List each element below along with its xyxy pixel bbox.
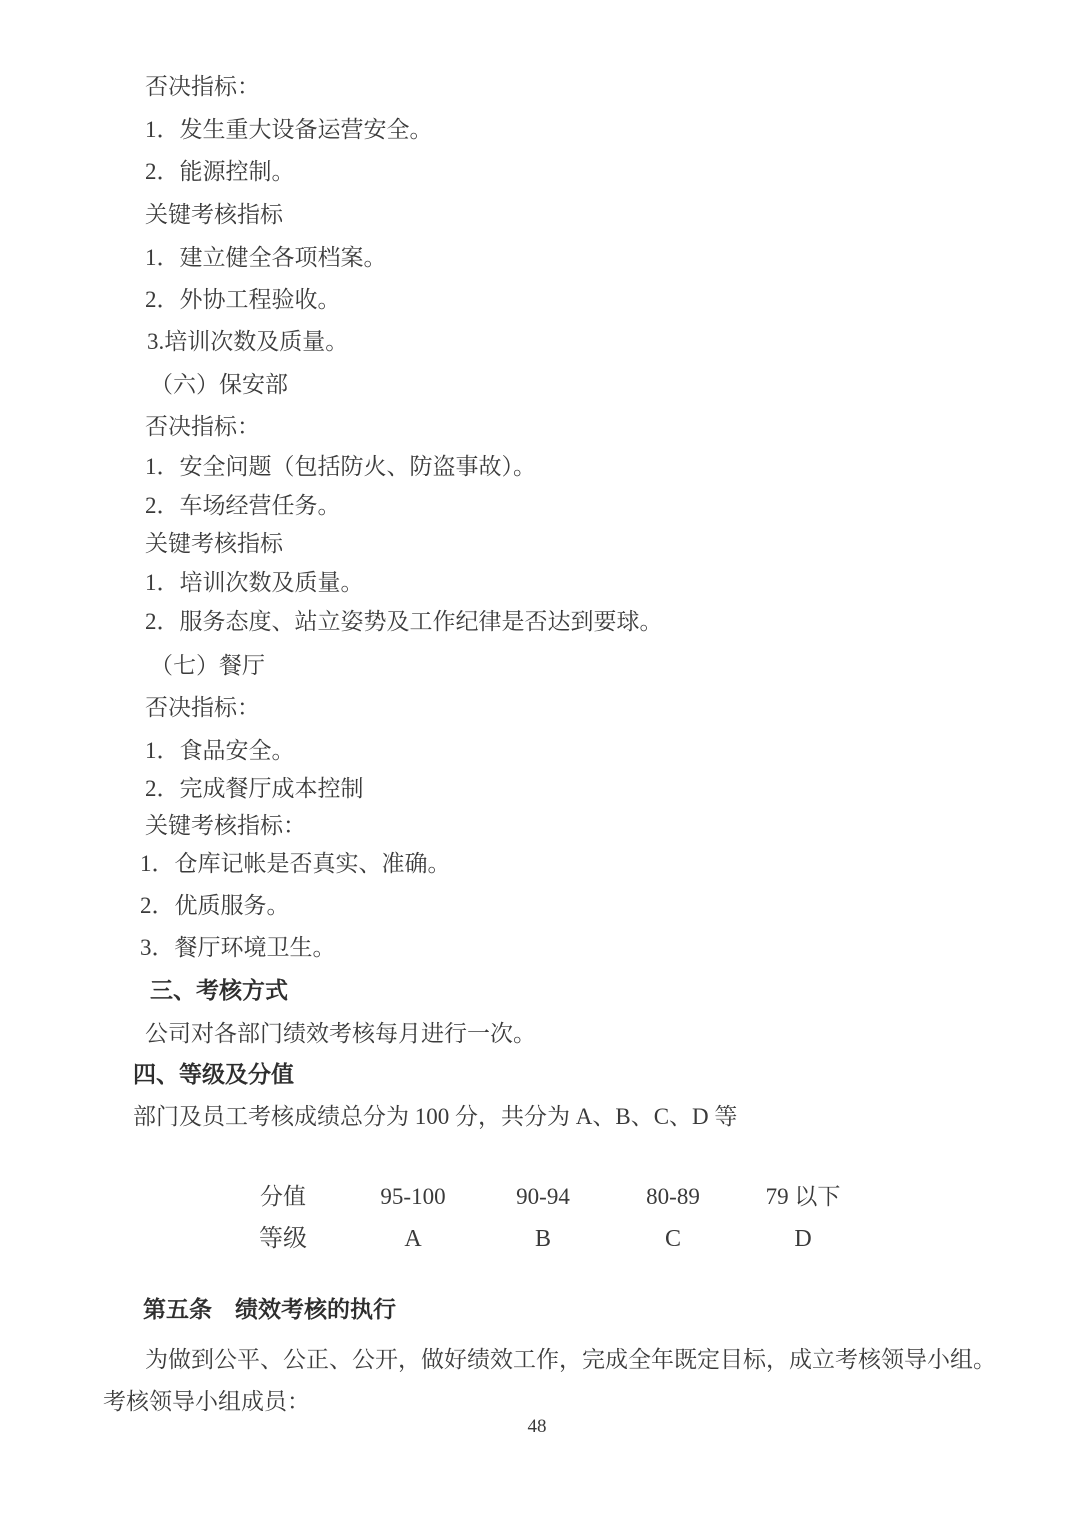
grade-table-cell: A <box>348 1218 478 1260</box>
heading-line: 第五条 绩效考核的执行 <box>143 1289 396 1331</box>
grade-table-cell: C <box>608 1218 738 1260</box>
label-line: 否决指标： <box>145 687 260 729</box>
item-line: 1．安全问题（包括防火、防盗事故）。 <box>145 446 536 488</box>
grade-table-cell: 90-94 <box>478 1176 608 1218</box>
page-number: 48 <box>0 1413 1074 1441</box>
heading-line: 四、等级及分值 <box>133 1054 294 1096</box>
item-line: 3.培训次数及质量。 <box>147 321 348 363</box>
document-page: 否决指标：1．发生重大设备运营安全。2．能源控制。关键考核指标1．建立健全各项档… <box>0 0 1080 1527</box>
item-line: 2．完成餐厅成本控制 <box>145 768 364 810</box>
item-line: 2．车场经营任务。 <box>145 485 341 527</box>
item-line: 2．服务态度、站立姿势及工作纪律是否达到要球。 <box>145 601 663 643</box>
item-line: 2．优质服务。 <box>140 885 290 927</box>
label-line: 否决指标： <box>145 66 260 108</box>
item-line: 2．能源控制。 <box>145 151 295 193</box>
paragraph-line: 部门及员工考核成绩总分为 100 分，共分为 A、B、C、D 等 <box>133 1096 737 1138</box>
grade-table-cell: 分值 <box>218 1176 348 1218</box>
heading-line: 三、考核方式 <box>150 970 288 1012</box>
grade-table-cell: B <box>478 1218 608 1260</box>
item-line: 1．培训次数及质量。 <box>145 562 364 604</box>
grade-table-cell: 等级 <box>218 1218 348 1260</box>
item-line: 1．发生重大设备运营安全。 <box>145 109 433 151</box>
section-line: （六）保安部 <box>150 364 288 406</box>
item-line: 2．外协工程验收。 <box>145 279 341 321</box>
label-line: 关键考核指标 <box>145 194 283 236</box>
section-line: （七）餐厅 <box>150 645 265 687</box>
item-line: 1．建立健全各项档案。 <box>145 237 387 279</box>
grade-table-cell: 80-89 <box>608 1176 738 1218</box>
grade-table-row-values: 等级ABCD <box>218 1218 868 1260</box>
item-line: 1．仓库记帐是否真实、准确。 <box>140 843 451 885</box>
grade-table-cell: 79 以下 <box>738 1176 868 1218</box>
grade-table-row-header: 分值95-10090-9480-8979 以下 <box>218 1176 868 1218</box>
label-line: 关键考核指标： <box>145 805 306 847</box>
grade-table: 分值95-10090-9480-8979 以下等级ABCD <box>218 1176 868 1260</box>
paragraph-line: 为做到公平、公正、公开，做好绩效工作，完成全年既定目标，成立考核领导小组。 <box>145 1339 996 1381</box>
label-line: 否决指标： <box>145 406 260 448</box>
grade-table-cell: 95-100 <box>348 1176 478 1218</box>
paragraph-line: 公司对各部门绩效考核每月进行一次。 <box>145 1013 536 1055</box>
label-line: 关键考核指标 <box>145 523 283 565</box>
item-line: 1．食品安全。 <box>145 730 295 772</box>
item-line: 3．餐厅环境卫生。 <box>140 927 336 969</box>
grade-table-cell: D <box>738 1218 868 1260</box>
